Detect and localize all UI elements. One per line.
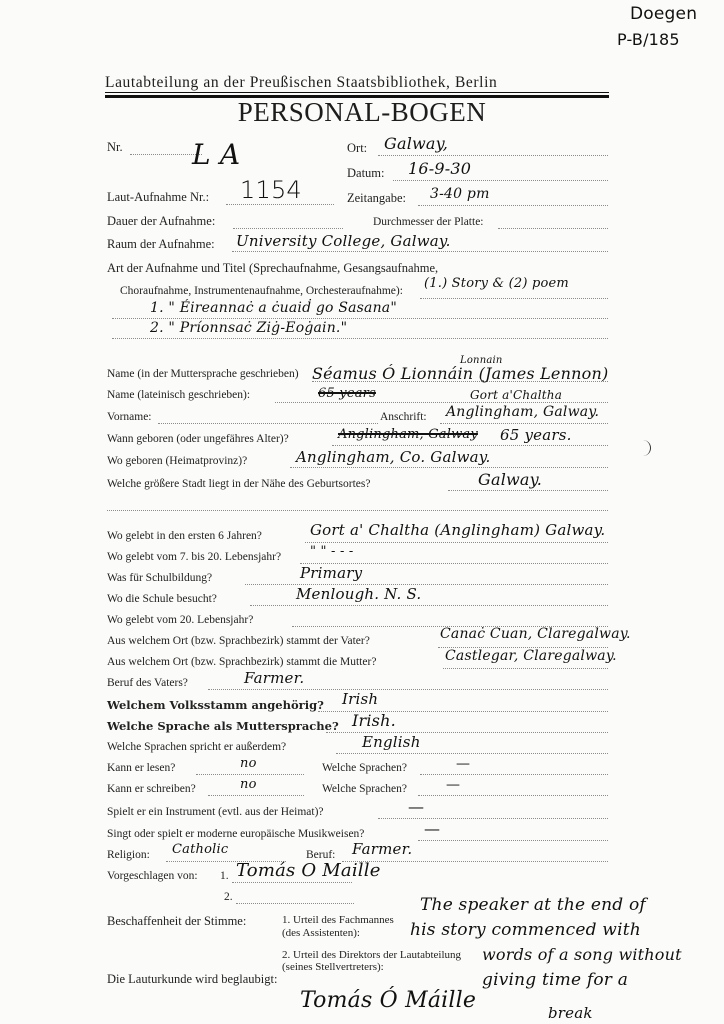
form-title: PERSONAL-BOGEN [0,97,724,128]
lesen-label: Kann er lesen? [107,762,175,774]
institution-header: Lautabteilung an der Preußischen Staatsb… [105,74,609,92]
titel-1-value: 1. " Éireannaċ a ċuaiḋ go Sasana" [150,300,397,316]
dauer-field[interactable] [233,228,343,229]
name-mutter-label: Name (in der Muttersprache geschrieben) [107,368,299,380]
muttersprache-label: Welche Sprache als Muttersprache? [107,719,339,733]
name-latein-struck: 65 years [318,386,376,401]
religion-value: Catholic [172,842,228,857]
zeitangabe-field[interactable] [418,205,608,206]
datum-value: 16-9-30 [408,159,471,178]
lesen-sprachen-label: Welche Sprachen? [322,762,407,774]
schule-value: Menlough. N. S. [296,585,421,603]
schule-label: Wo die Schule besucht? [107,593,217,605]
erste-6-jahre-field[interactable] [305,542,608,543]
name-mutter-value: Séamus Ó Lionnáin (James Lennon) [312,364,608,383]
lesen-sprachen-value: — [456,756,470,772]
art-label-line1: Art der Aufnahme und Titel (Sprechaufnah… [107,261,438,276]
lesen-field[interactable] [196,774,304,775]
musikweisen-field[interactable] [418,840,608,841]
art-label-line2: Choraufnahme, Instrumentenaufnahme, Orch… [120,285,403,297]
stimme-label: Beschaffenheit der Stimme: [107,914,246,929]
beruf-vater-field[interactable] [208,689,608,690]
stimme-note-line-3: words of a song without [482,945,682,964]
ort-label: Ort: [347,141,367,156]
art-value: (1.) Story & (2) poem [424,276,569,291]
schreiben-sprachen-field[interactable] [418,795,608,796]
jahr-7-20-value: " " - - - [310,544,353,559]
ort-field[interactable] [378,155,608,156]
datum-label: Datum: [347,166,385,181]
anschrift-field[interactable] [440,423,608,424]
laut-aufnahme-value: 1154 [240,176,302,204]
raum-label: Raum der Aufnahme: [107,237,215,252]
grossere-stadt-field[interactable] [448,490,608,491]
dauer-label: Dauer der Aufnahme: [107,214,215,229]
geboren-wann-value: 65 years. [500,426,572,444]
sprachen-ausserdem-label: Welche Sprachen spricht er außerdem? [107,741,286,753]
vorgeschlagen-1-value: Tomás O Maille [236,860,381,881]
schreiben-sprachen-value: — [446,777,460,793]
erste-6-jahre-value: Gort a' Chaltha (Anglingham) Galway. [310,521,605,539]
lesen-sprachen-field[interactable] [420,774,608,775]
urteil-1-line1: 1. Urteil des Fachmannes [282,914,394,926]
ab-20-label: Wo gelebt vom 20. Lebensjahr? [107,614,253,626]
jahr-7-20-label: Wo gelebt vom 7. bis 20. Lebensjahr? [107,551,281,563]
schulbildung-value: Primary [300,564,362,582]
name-latein-value: Gort a'Chaltha [470,388,562,402]
schreiben-value: no [240,777,257,792]
signature: Tomás Ó Máille [300,988,476,1013]
schreiben-sprachen-label: Welche Sprachen? [322,783,407,795]
geboren-wo-value: Anglingham, Co. Galway. [296,448,490,466]
instrument-field[interactable] [378,818,608,819]
vater-ort-label: Aus welchem Ort (bzw. Sprachbezirk) stam… [107,635,370,647]
lesen-value: no [240,756,257,771]
blank-field[interactable] [107,510,608,511]
mutter-ort-value: Castlegar, Claregalway. [445,648,617,664]
urteil-1-line2: (des Assistenten): [282,927,360,939]
mutter-ort-field[interactable] [443,668,608,669]
grossere-stadt-value: Galway. [478,470,542,489]
stimme-note-line-1: The speaker at the end of [420,895,646,915]
mutter-ort-label: Aus welchem Ort (bzw. Sprachbezirk) stam… [107,656,376,668]
beruf-value: Farmer. [352,840,412,858]
pencil-mark [640,440,651,456]
vorgeschlagen-label: Vorgeschlagen von: [107,870,198,882]
vorgeschlagen-1-field[interactable] [232,882,352,883]
archive-mark-name: Doegen [630,4,697,24]
durchmesser-label: Durchmesser der Platte: [373,216,484,228]
anschrift-value: Anglingham, Galway. [446,404,599,420]
ort-value: Galway, [384,134,448,153]
musikweisen-value: — [424,819,440,838]
stimme-note-line-4: giving time for a [482,970,628,990]
instrument-label: Spielt er ein Instrument (evtl. aus der … [107,806,324,818]
geboren-wo-label: Wo geboren (Heimatprovinz)? [107,455,247,467]
schreiben-field[interactable] [208,795,304,796]
titel-2-field[interactable] [112,338,608,339]
geboren-wann-field[interactable] [332,445,608,446]
vorgeschlagen-number-1: 1. [220,870,229,882]
geboren-wo-field[interactable] [290,467,608,468]
musikweisen-label: Singt oder spielt er moderne europäische… [107,828,364,840]
archive-mark-number: P-B/185 [617,30,680,49]
grossere-stadt-label: Welche größere Stadt liegt in der Nähe d… [107,478,370,490]
urteil-2-line1: 2. Urteil des Direktors der Lautabteilun… [282,949,461,961]
beruf-field[interactable] [342,861,608,862]
schulbildung-label: Was für Schulbildung? [107,572,212,584]
stimme-note-line-5: break [548,1004,593,1022]
volksstamm-label: Welchem Volksstamm angehörig? [107,698,324,712]
vorgeschlagen-number-2: 2. [224,891,233,903]
stimme-note-line-2: his story commenced with [410,920,641,940]
titel-1-field[interactable] [112,318,608,319]
raum-value: University College, Galway. [236,232,451,250]
titel-2-value: 2. " Príonnsaċ Ziġ-Eoġain." [150,320,347,336]
vater-ort-value: Canaċ Cuan, Claregalway. [440,626,631,642]
beglaubigt-label: Die Lauturkunde wird beglaubigt: [107,972,277,987]
header-rule-thin [105,92,609,93]
zeitangabe-label: Zeitangabe: [347,191,406,206]
geboren-wann-struck: Anglingham, Galway [338,427,478,442]
instrument-value: — [408,797,424,816]
volksstamm-value: Irish [342,690,378,708]
name-latein-field[interactable] [275,402,608,403]
vorname-label: Vorname: [107,411,152,423]
vorgeschlagen-2-field[interactable] [236,903,354,904]
erste-6-jahre-label: Wo gelebt in den ersten 6 Jahren? [107,530,262,542]
durchmesser-field[interactable] [498,228,608,229]
vorname-field[interactable] [158,423,378,424]
anschrift-label: Anschrift: [380,411,427,423]
datum-field[interactable] [393,180,608,181]
urteil-2-line2: (seines Stellvertreters): [282,961,384,973]
sprachen-ausserdem-field[interactable] [336,753,608,754]
zeitangabe-value: 3-40 pm [430,186,490,202]
laut-aufnahme-field[interactable] [226,204,334,205]
beruf-vater-label: Beruf des Vaters? [107,677,188,689]
geboren-wann-label: Wann geboren (oder ungefähres Alter)? [107,433,289,445]
religion-label: Religion: [107,849,150,861]
sprachen-ausserdem-value: English [362,733,421,751]
name-latein-label: Name (lateinisch geschrieben): [107,389,250,401]
beruf-vater-value: Farmer. [244,669,304,687]
art-field[interactable] [420,298,608,299]
la-annotation: L A [192,138,240,171]
raum-field[interactable] [232,251,608,252]
schreiben-label: Kann er schreiben? [107,783,196,795]
laut-aufnahme-label: Laut-Aufnahme Nr.: [107,190,209,205]
nr-label: Nr. [107,140,123,155]
schule-field[interactable] [250,605,608,606]
muttersprache-value: Irish. [352,711,396,730]
